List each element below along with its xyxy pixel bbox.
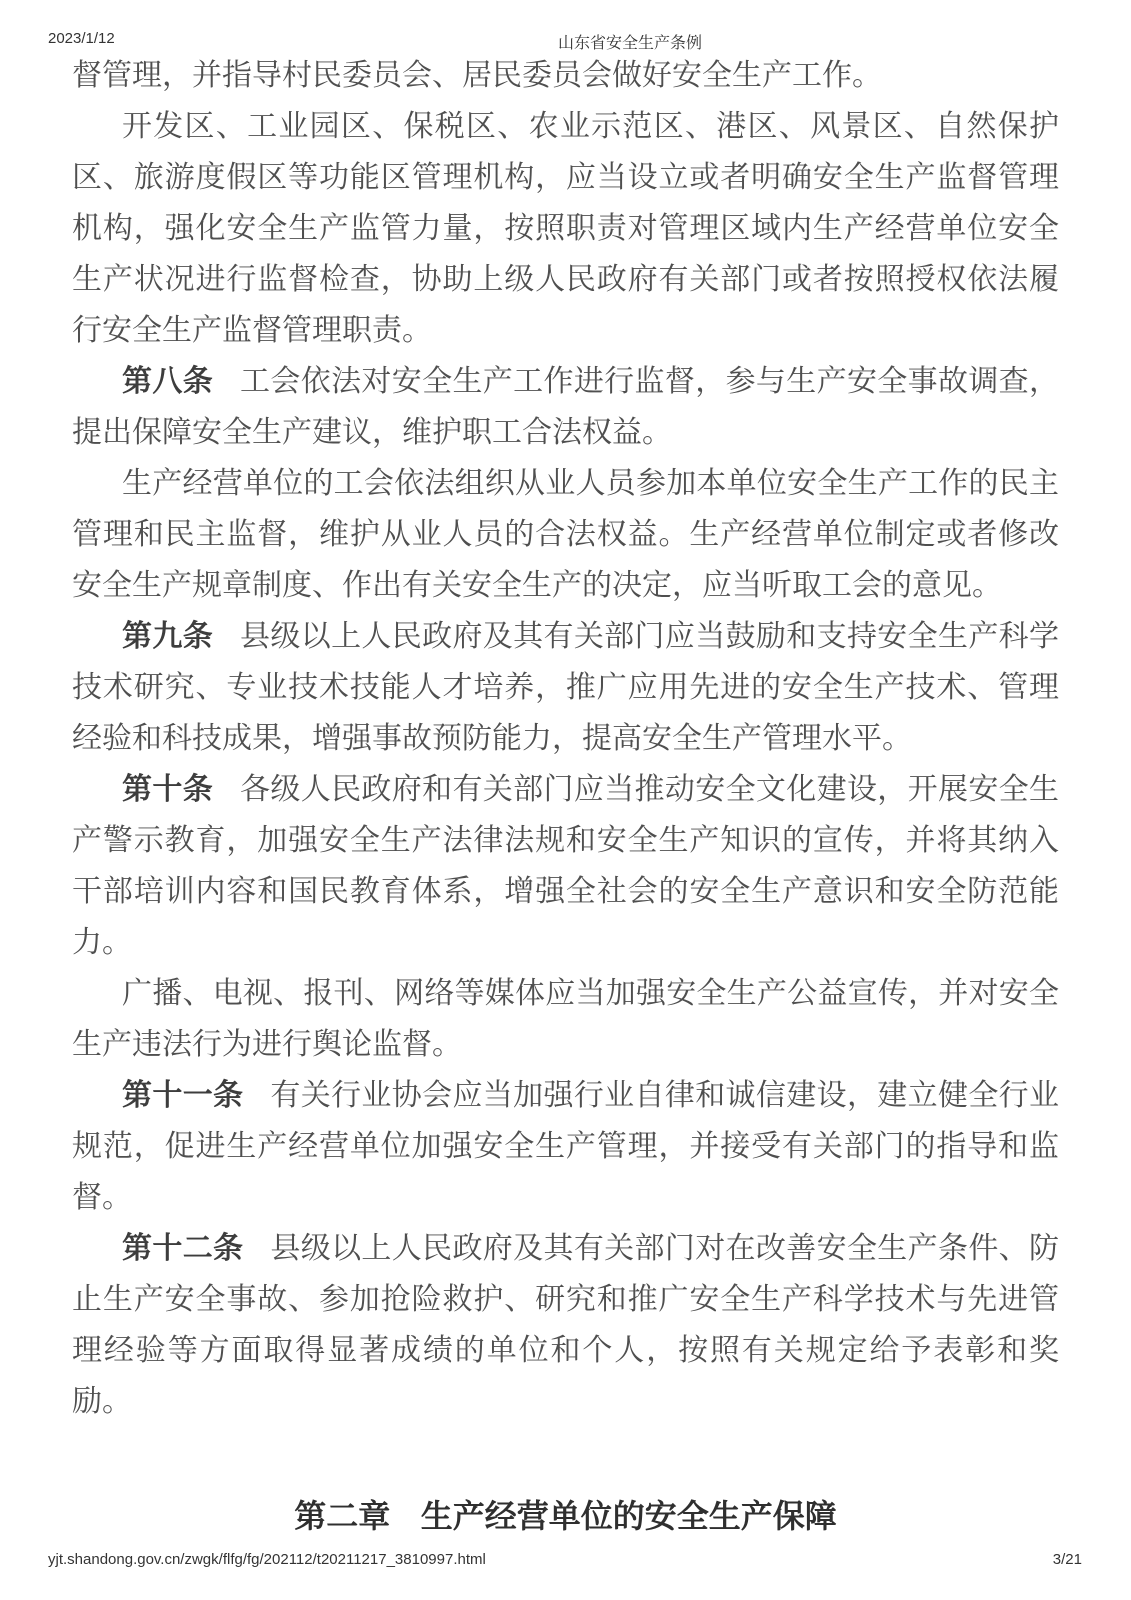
paragraph-text: 各级人民政府和有关部门应当推动安全文化建设，开展安全生产警示教育，加强安全生产法… bbox=[72, 773, 1059, 959]
article-label: 第八条 bbox=[122, 365, 213, 398]
paragraph-article-8: 第八条工会依法对安全生产工作进行监督，参与生产安全事故调查，提出保障安全生产建议… bbox=[72, 356, 1059, 458]
paragraph-article-9: 第九条县级以上人民政府及其有关部门应当鼓励和支持安全生产科学技术研究、专业技术技… bbox=[72, 611, 1059, 764]
page-number: 3/21 bbox=[1053, 1551, 1082, 1568]
document-body: 督管理，并指导村民委员会、居民委员会做好安全生产工作。 开发区、工业园区、保税区… bbox=[72, 50, 1059, 1542]
article-label: 第十一条 bbox=[122, 1079, 243, 1112]
paragraph: 开发区、工业园区、保税区、农业示范区、港区、风景区、自然保护区、旅游度假区等功能… bbox=[72, 101, 1059, 356]
paragraph-text: 广播、电视、报刊、网络等媒体应当加强安全生产公益宣传，并对安全生产违法行为进行舆… bbox=[72, 977, 1059, 1061]
print-preview-page: 2023/1/12 山东省安全生产条例 督管理，并指导村民委员会、居民委员会做好… bbox=[0, 0, 1131, 1600]
chapter-title: 生产经营单位的安全生产保障 bbox=[421, 1498, 837, 1534]
chapter-heading: 第二章生产经营单位的安全生产保障 bbox=[72, 1491, 1059, 1542]
print-date: 2023/1/12 bbox=[48, 30, 115, 47]
article-label: 第十二条 bbox=[122, 1232, 243, 1265]
paragraph: 广播、电视、报刊、网络等媒体应当加强安全生产公益宣传，并对安全生产违法行为进行舆… bbox=[72, 968, 1059, 1070]
paragraph-article-12: 第十二条县级以上人民政府及其有关部门对在改善安全生产条件、防止生产安全事故、参加… bbox=[72, 1223, 1059, 1427]
paragraph-text: 工会依法对安全生产工作进行监督，参与生产安全事故调查，提出保障安全生产建议，维护… bbox=[72, 365, 1059, 449]
chapter-number: 第二章 bbox=[294, 1498, 390, 1534]
paragraph-article-11: 第十一条有关行业协会应当加强行业自律和诚信建设，建立健全行业规范，促进生产经营单… bbox=[72, 1070, 1059, 1223]
article-label: 第九条 bbox=[122, 620, 213, 653]
paragraph: 生产经营单位的工会依法组织从业人员参加本单位安全生产工作的民主管理和民主监督，维… bbox=[72, 458, 1059, 611]
paragraph-text: 督管理，并指导村民委员会、居民委员会做好安全生产工作。 bbox=[72, 59, 882, 92]
paragraph-article-10: 第十条各级人民政府和有关部门应当推动安全文化建设，开展安全生产警示教育，加强安全… bbox=[72, 764, 1059, 968]
paragraph-text: 生产经营单位的工会依法组织从业人员参加本单位安全生产工作的民主管理和民主监督，维… bbox=[72, 467, 1059, 602]
article-label: 第十条 bbox=[122, 773, 213, 806]
paragraph-text: 开发区、工业园区、保税区、农业示范区、港区、风景区、自然保护区、旅游度假区等功能… bbox=[72, 110, 1059, 347]
source-url: yjt.shandong.gov.cn/zwgk/flfg/fg/202112/… bbox=[48, 1551, 486, 1568]
paragraph: 督管理，并指导村民委员会、居民委员会做好安全生产工作。 bbox=[72, 50, 1059, 101]
paragraph-text: 县级以上人民政府及其有关部门应当鼓励和支持安全生产科学技术研究、专业技术技能人才… bbox=[72, 620, 1059, 755]
